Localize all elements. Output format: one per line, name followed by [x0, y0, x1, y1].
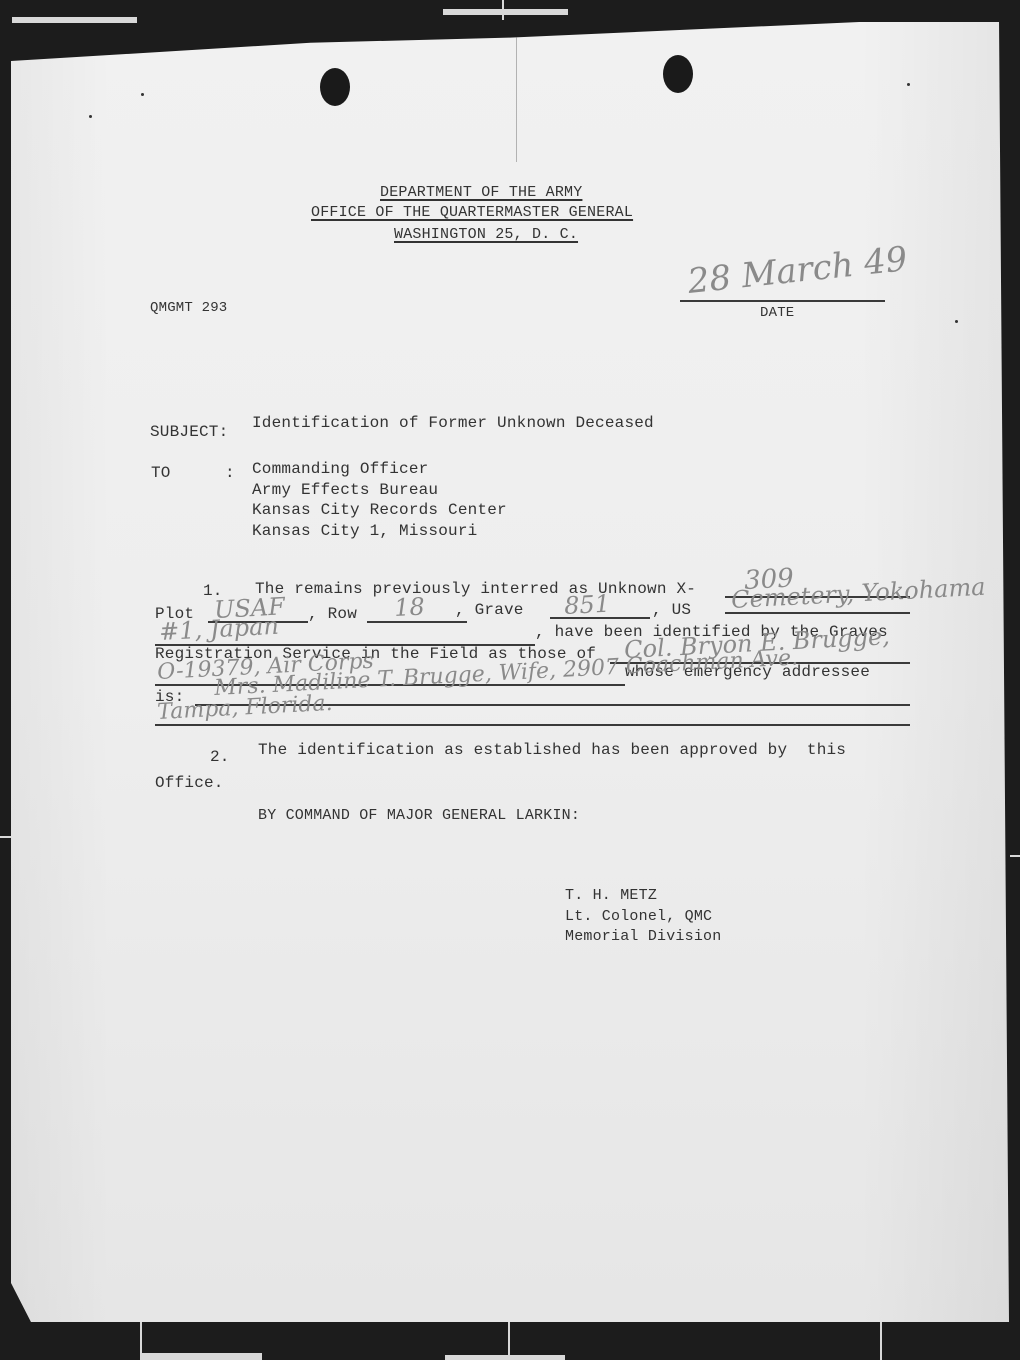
date-label: DATE	[760, 305, 794, 321]
letterhead-line-3: WASHINGTON 25, D. C.	[394, 226, 578, 243]
addressee-cont-line	[155, 724, 910, 726]
speck	[89, 115, 92, 118]
speck	[141, 93, 144, 96]
letterhead-line-2: OFFICE OF THE QUARTERMASTER GENERAL	[311, 204, 633, 221]
grave-value: 851	[564, 590, 611, 620]
board-grid-line	[443, 9, 568, 15]
punch-hole-right	[663, 55, 693, 93]
para2-text-cont: Office.	[155, 774, 224, 792]
row-line	[367, 621, 467, 623]
board-grid-line	[1010, 855, 1020, 857]
to-line-3: Kansas City Records Center	[252, 501, 507, 519]
board-grid-line	[142, 1353, 262, 1360]
to-line-2: Army Effects Bureau	[252, 481, 438, 499]
row-value: 18	[394, 592, 426, 622]
speck	[955, 320, 958, 323]
cemetery-prefix: , US	[652, 601, 691, 619]
to-colon: :	[225, 464, 235, 482]
row-label: , Row	[308, 605, 357, 623]
reference-code: QMGMT 293	[150, 300, 227, 316]
para2-text: The identification as established has be…	[258, 741, 846, 759]
punch-hole-left	[320, 68, 350, 106]
signature-title: Lt. Colonel, QMC	[565, 908, 712, 925]
subject-text: Identification of Former Unknown Decease…	[252, 414, 654, 432]
board-grid-line	[502, 0, 504, 20]
signature-division: Memorial Division	[565, 928, 721, 945]
paper-fold	[516, 22, 517, 162]
grave-label: , Grave	[455, 601, 524, 619]
to-line-4: Kansas City 1, Missouri	[252, 522, 477, 540]
command-line: BY COMMAND OF MAJOR GENERAL LARKIN:	[258, 807, 580, 824]
para2-number: 2.	[210, 748, 230, 766]
to-line-1: Commanding Officer	[252, 460, 428, 478]
signature-name: T. H. METZ	[565, 887, 657, 904]
speck	[907, 83, 910, 86]
date-line	[680, 300, 885, 302]
para1-text-a: The remains previously interred as Unkno…	[255, 580, 696, 598]
to-label: TO	[151, 464, 171, 482]
letterhead-line-1: DEPARTMENT OF THE ARMY	[380, 184, 582, 201]
board-grid-line	[0, 836, 12, 838]
board-grid-line	[880, 1316, 882, 1360]
subject-label: SUBJECT:	[150, 423, 228, 441]
board-grid-line	[445, 1355, 565, 1360]
board-grid-line	[12, 17, 137, 23]
